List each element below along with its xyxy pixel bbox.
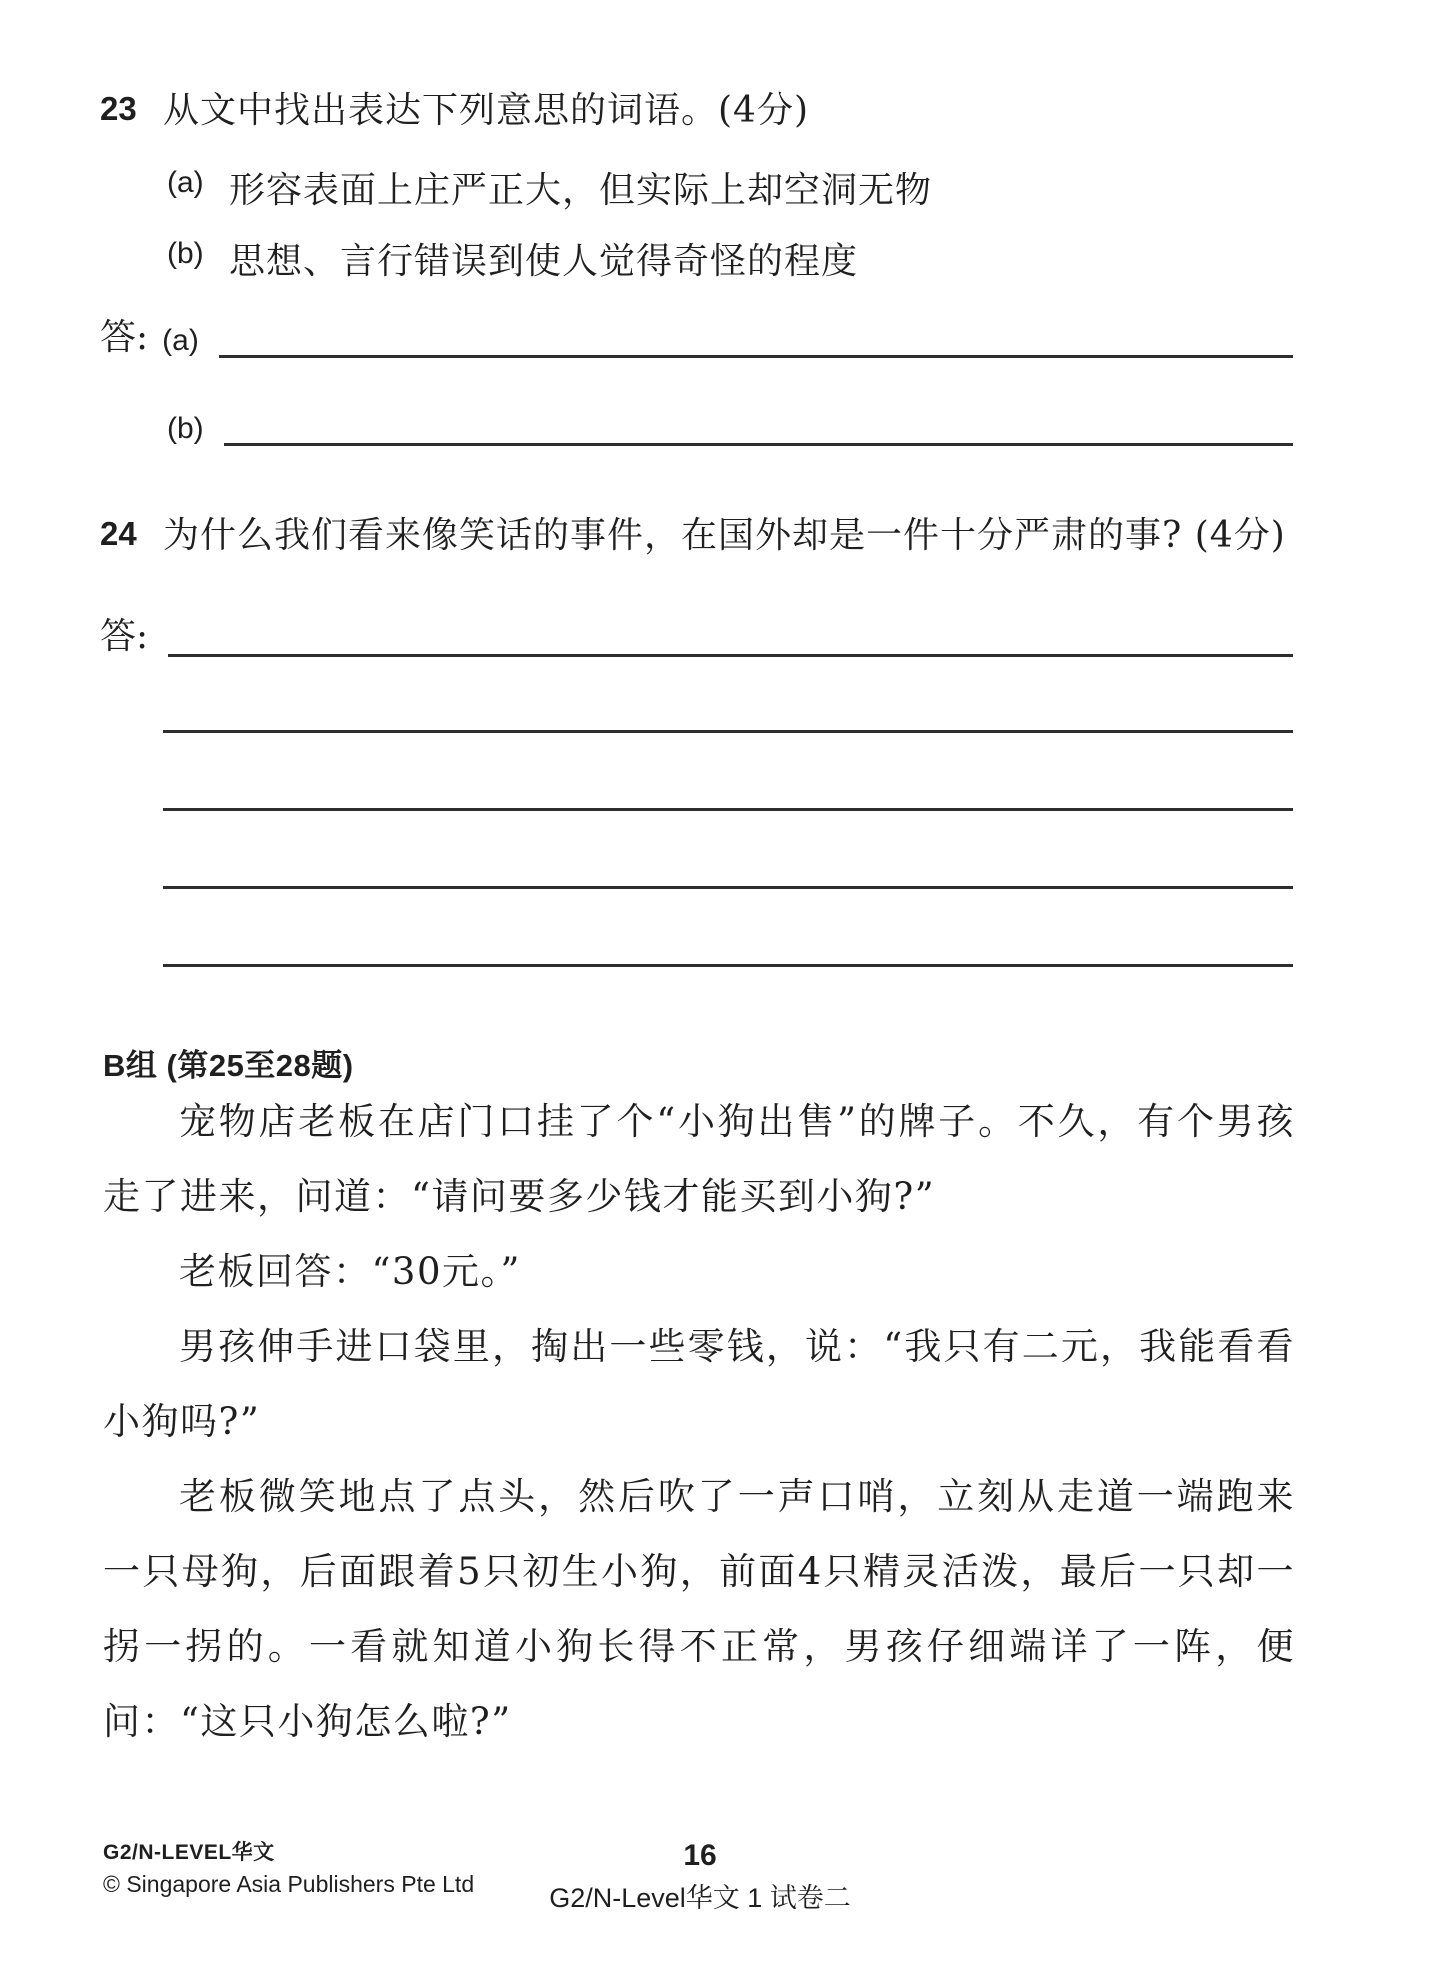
question-24-number: 24	[100, 513, 163, 553]
item-b-label: (b)	[167, 233, 229, 271]
answer-24-row: 答:	[100, 615, 1293, 657]
section-b-passage: 宠物店老板在店门口挂了个“小狗出售”的牌子。不久，有个男孩走了进来，问道：“请问…	[103, 1084, 1295, 1759]
answer-b-label: (b)	[167, 414, 204, 446]
item-a-text: 形容表面上庄严正大，但实际上却空洞无物	[229, 162, 932, 213]
answer-line-23a	[219, 313, 1293, 358]
footer-center: 16 G2/N-Level华文 1 试卷二	[500, 1839, 900, 1915]
answer-23b-row: (b)	[167, 404, 1293, 446]
answer-line-24-1	[168, 612, 1293, 657]
question-23-number: 23	[100, 88, 163, 128]
answer-prefix: 答:	[100, 320, 148, 358]
passage-paragraph-4: 老板微笑地点了点头，然后吹了一声口哨，立刻从走道一端跑来一只母狗，后面跟着5只初…	[103, 1459, 1295, 1759]
question-23-text: 从文中找出表达下列意思的词语。(4分)	[163, 88, 809, 133]
footer-series-title: G2/N-LEVEL华文	[103, 1836, 474, 1866]
question-24-text: 为什么我们看来像笑话的事件，在国外却是一件十分严肃的事? (4分)	[163, 513, 1286, 558]
footer-copyright: © Singapore Asia Publishers Pte Ltd	[103, 1871, 474, 1898]
question-23: 23 从文中找出表达下列意思的词语。(4分)	[100, 88, 1293, 133]
answer-line-24-3	[163, 808, 1293, 811]
question-23-item-a: (a) 形容表面上庄严正大，但实际上却空洞无物	[167, 162, 1293, 213]
question-23-item-b: (b) 思想、言行错误到使人觉得奇怪的程度	[167, 233, 1293, 284]
answer-prefix-24: 答:	[100, 619, 148, 657]
passage-paragraph-1: 宠物店老板在店门口挂了个“小狗出售”的牌子。不久，有个男孩走了进来，问道：“请问…	[103, 1084, 1295, 1234]
item-b-text: 思想、言行错误到使人觉得奇怪的程度	[229, 233, 858, 284]
answer-a-label: (a)	[162, 326, 199, 358]
answer-line-24-5	[163, 964, 1293, 967]
item-a-label: (a)	[167, 162, 229, 200]
page-number: 16	[500, 1839, 900, 1873]
passage-paragraph-2: 老板回答：“30元。”	[103, 1234, 1295, 1309]
answer-line-24-2	[163, 730, 1293, 733]
answer-23a-row: 答: (a)	[100, 316, 1293, 358]
exam-page: 23 从文中找出表达下列意思的词语。(4分) (a) 形容表面上庄严正大，但实际…	[0, 0, 1445, 1969]
answer-line-24-4	[163, 886, 1293, 889]
answer-line-23b	[224, 401, 1293, 446]
footer-left: G2/N-LEVEL华文 © Singapore Asia Publishers…	[103, 1836, 474, 1898]
question-24: 24 为什么我们看来像笑话的事件，在国外却是一件十分严肃的事? (4分)	[100, 513, 1293, 558]
passage-paragraph-3: 男孩伸手进口袋里，掏出一些零钱，说：“我只有二元，我能看看小狗吗?”	[103, 1309, 1295, 1459]
section-b-heading: B组 (第25至28题)	[103, 1040, 354, 1085]
footer-paper-title: G2/N-Level华文 1 试卷二	[500, 1876, 900, 1915]
